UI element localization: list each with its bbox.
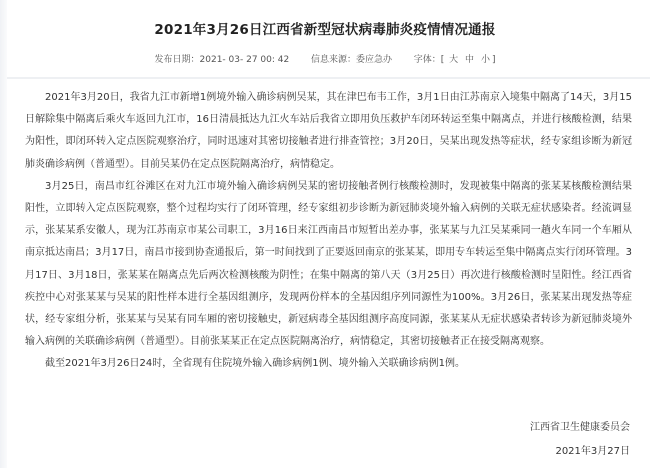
- article-title: 2021年3月26日江西省新型冠状病毒肺炎疫情情况通报: [0, 18, 650, 38]
- article-signature: 江西省卫生健康委员会 2021年3月27日: [530, 416, 630, 464]
- page-left-edge: [0, 0, 7, 468]
- paragraph-case-zhang: 3月25日，南昌市红谷滩区在对九江市境外输入确诊病例吴某的密切接触者例行核酸检测…: [25, 176, 632, 354]
- signature-organization: 江西省卫生健康委员会: [530, 416, 630, 440]
- header-divider: [7, 77, 650, 79]
- publish-date-label: 发布日期：: [155, 52, 200, 65]
- article-meta: 发布日期：2021- 03- 27 00: 42 信息来源：委应急办 字体：[ …: [0, 52, 650, 65]
- paragraph-summary: 截至2021年3月26日24时，全省现有住院境外输入确诊病例1例、境外输入关联确…: [25, 353, 632, 375]
- font-size-label: 字体：: [414, 52, 441, 65]
- font-size-medium-link[interactable]: 中: [463, 52, 476, 65]
- bracket-close: ]: [492, 55, 496, 65]
- source-label: 信息来源：: [311, 52, 356, 65]
- font-size-large-link[interactable]: 大: [447, 52, 460, 65]
- paragraph-case-wu: 2021年3月20日，我省九江市新增1例境外输入确诊病例吴某，其在津巴布韦工作，…: [25, 87, 632, 176]
- article-body: 2021年3月20日，我省九江市新增1例境外输入确诊病例吴某，其在津巴布韦工作，…: [25, 87, 632, 376]
- signature-date: 2021年3月27日: [530, 440, 630, 464]
- article-header: [7, 0, 650, 78]
- font-size-small-link[interactable]: 小: [479, 52, 492, 65]
- bracket-open: [: [441, 55, 445, 65]
- publish-date-value: 2021- 03- 27 00: 42: [200, 55, 290, 65]
- source-value: 委应急办: [356, 52, 392, 65]
